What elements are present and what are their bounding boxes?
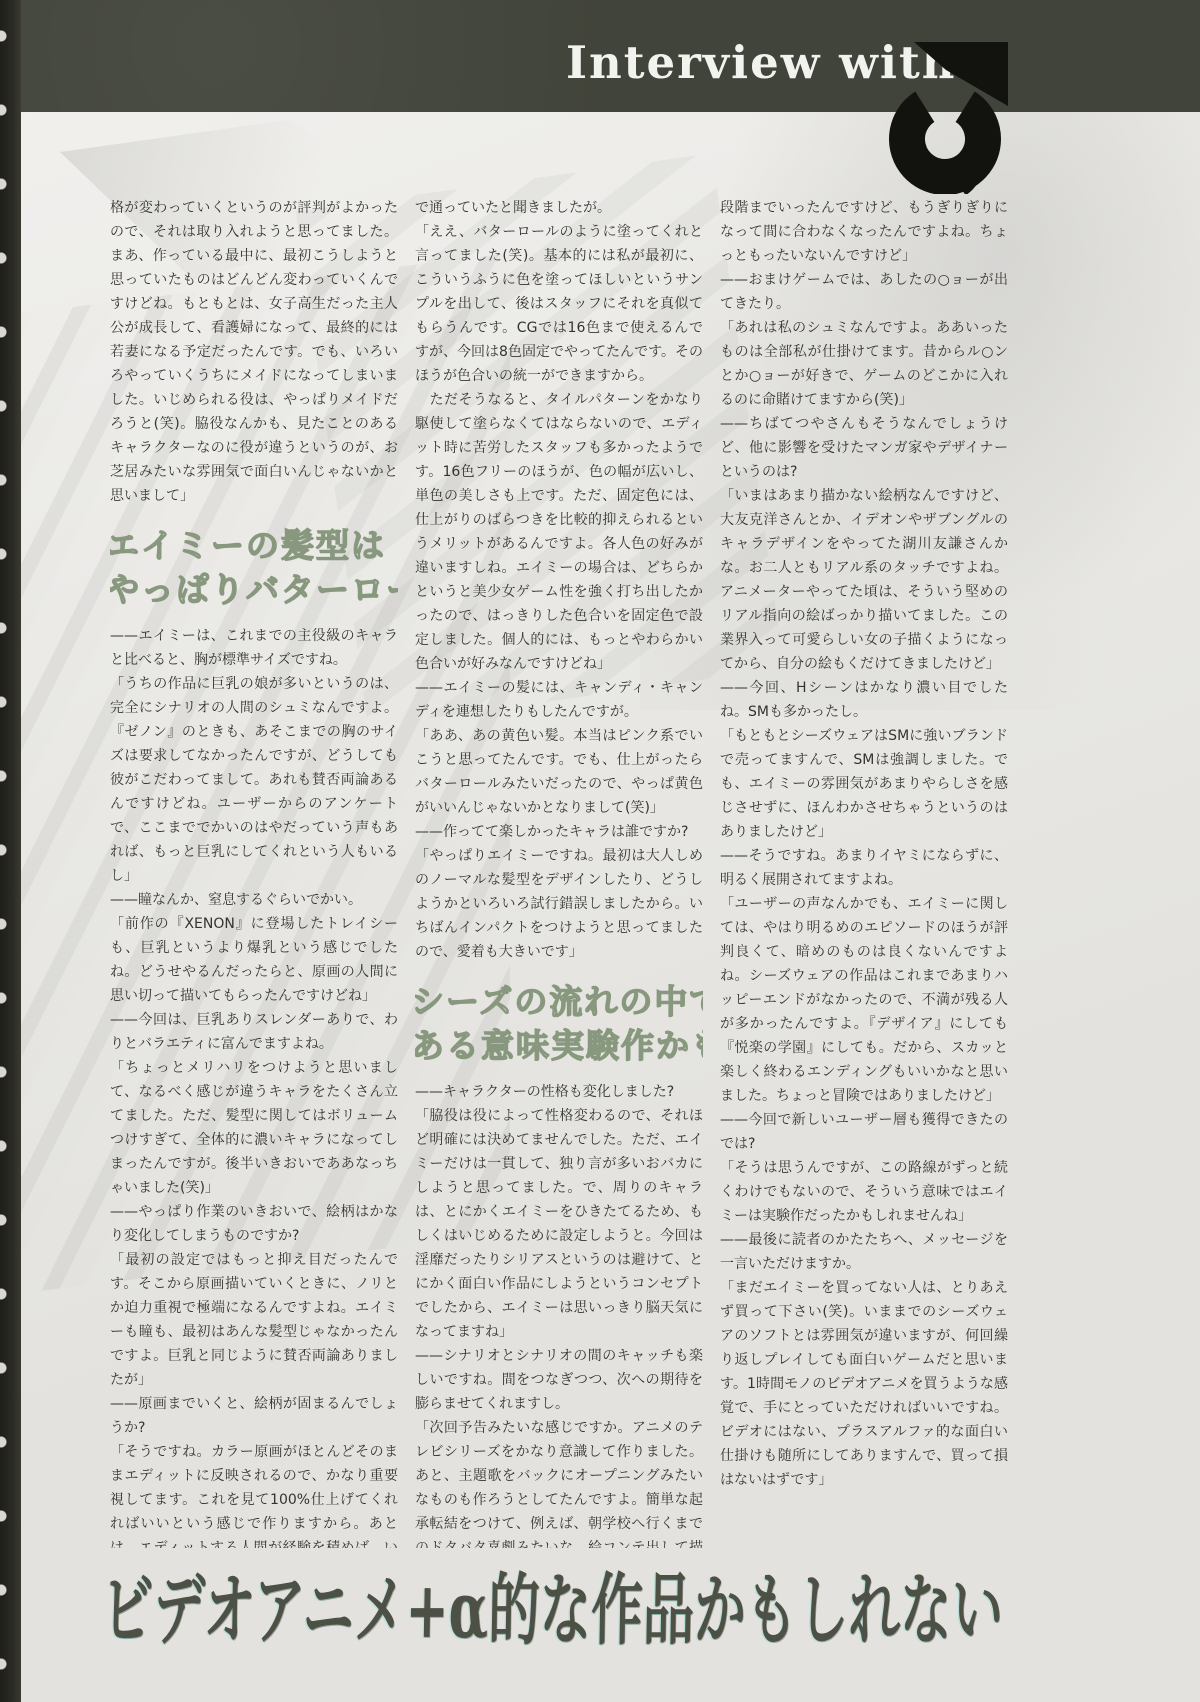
interview-answer: 「ああ、あの黄色い髪。本当はピンク系でいこうと思ってたんです。でも、仕上がったら… <box>415 724 703 820</box>
interview-answer: 段階までいったんですけど、もうぎりぎりになって間に合わなくなったんですよね。ちょ… <box>720 196 1008 268</box>
interview-question: ——最後に読者のかたたちへ、メッセージを一言いただけますか。 <box>720 1228 1008 1276</box>
interview-answer: 「ええ、バターロールのように塗ってくれと言ってました(笑)。基本的には私が最初に… <box>415 220 703 388</box>
interview-question: ——シナリオとシナリオの間のキャッチも楽しいですね。間をつなぎつつ、次への期待を… <box>415 1344 703 1416</box>
interview-answer: 「前作の『XENON』に登場したトレイシーも、巨乳というより爆乳という感じでした… <box>110 912 398 1008</box>
interview-question: ——今回で新しいユーザー層も獲得できたのでは? <box>720 1108 1008 1156</box>
interview-question: ——エイミーは、これまでの主役級のキャラと比べると、胸が標準サイズですね。 <box>110 624 398 672</box>
interview-answer: 「脇役は役によって性格変わるので、それほど明確には決めてませんでした。ただ、エイ… <box>415 1104 703 1344</box>
interview-question: ——原画までいくと、絵柄が固まるんでしょうか? <box>110 1392 398 1440</box>
interview-answer: 「そうですね。カラー原画がほとんどそのままエディットに反映されるので、かなり重要… <box>110 1440 398 1548</box>
interview-question: ——やっぱり作業のいきおいで、絵柄はかなり変化してしまうものですか? <box>110 1200 398 1248</box>
interview-answer: 「うちの作品に巨乳の娘が多いというのは、完全にシナリオの人間のシュミなんですよ。… <box>110 672 398 888</box>
interview-answer: 格が変わっていくというのが評判がよかったので、それは取り入れようと思ってました。… <box>110 196 398 508</box>
article-column-3: 段階までいったんですけど、もうぎりぎりになって間に合わなくなったんですよね。ちょ… <box>720 196 1008 1548</box>
interview-question: ——おまけゲームでは、あしたの○ョーが出てきたり。 <box>720 268 1008 316</box>
interview-question: ——瞳なんか、窒息するぐらいでかい。 <box>110 888 398 912</box>
interview-question: ——作ってて楽しかったキャラは誰ですか? <box>415 820 703 844</box>
interview-question: ——今回は、巨乳ありスレンダーありで、わりとバラエティに富んでますよね。 <box>110 1008 398 1056</box>
interview-answer: 「もともとシーズウェアはSMに強いブランドで売ってますんで、SMは強調しました。… <box>720 724 1008 844</box>
interview-answer: 「ユーザーの声なんかでも、エイミーに関しては、やはり明るめのエピソードのほうが評… <box>720 892 1008 1108</box>
interview-question: ——エイミーの髪には、キャンディ・キャンディを連想したりもしたんですが。 <box>415 676 703 724</box>
section-heading-line: やっぱりバターロール <box>110 568 398 612</box>
interview-answer: 「いまはあまり描かない絵柄なんですけど、大友克洋さんとか、イデオンやザブングルの… <box>720 484 1008 676</box>
interview-question: ——キャラクターの性格も変化しました? <box>415 1080 703 1104</box>
bottom-headline: ビデオアニメ+α的な作品かもしれない <box>101 1548 1004 1660</box>
interview-question: ——今回、Hシーンはかなり濃い目でしたね。SMも多かったし。 <box>720 676 1008 724</box>
cs-ware-logo-icon <box>888 42 1008 194</box>
section-heading-line: ある意味実験作かも <box>415 1024 703 1068</box>
interview-answer: 「やっぱりエイミーですね。最初は大人しめのノーマルな髪型をデザインしたり、どうし… <box>415 844 703 964</box>
interview-answer: 「そうは思うんですが、この路線がずっと続くわけでもないので、そういう意味ではエイ… <box>720 1156 1008 1228</box>
interview-answer: 「ちょっとメリハリをつけようと思いまして、なるべく感じが違うキャラをたくさん立て… <box>110 1056 398 1200</box>
article-column-2: で通っていたと聞きましたが。「ええ、バターロールのように塗ってくれと言ってました… <box>415 196 703 1548</box>
binding-strip <box>0 0 21 1702</box>
section-heading: エイミーの髪型はやっぱりバターロール <box>110 524 398 612</box>
interview-answer: ただそうなると、タイルパターンをかなり駆使して塗らなくてはならないので、エディッ… <box>415 388 703 676</box>
section-heading-line: シーズの流れの中では <box>415 980 703 1024</box>
magazine-page: Interview with 格が変わっていくというのが評判がよかったので、それ… <box>0 0 1200 1702</box>
interview-question: ——そうですね。あまりイヤミにならずに、明るく展開されてますよね。 <box>720 844 1008 892</box>
interview-answer: 「最初の設定ではもっと抑え目だったんです。そこから原画描いていくときに、ノリとか… <box>110 1248 398 1392</box>
interview-answer: 「あれは私のシュミなんですよ。ああいったものは全部私が仕掛けてます。昔からル○ン… <box>720 316 1008 412</box>
interview-answer: で通っていたと聞きましたが。 <box>415 196 703 220</box>
section-heading: シーズの流れの中ではある意味実験作かも <box>415 980 703 1068</box>
section-heading-line: エイミーの髪型は <box>110 524 398 568</box>
article-column-1: 格が変わっていくというのが評判がよかったので、それは取り入れようと思ってました。… <box>110 196 398 1548</box>
interview-answer: 「次回予告みたいな感じですか。アニメのテレビシリーズをかなり意識して作りました。… <box>415 1416 703 1548</box>
interview-answer: 「まだエイミーを買ってない人は、とりあえず買って下さい(笑)。いままでのシーズウ… <box>720 1276 1008 1492</box>
interview-question: ——ちばてつやさんもそうなんでしょうけど、他に影響を受けたマンガ家やデザイナーと… <box>720 412 1008 484</box>
